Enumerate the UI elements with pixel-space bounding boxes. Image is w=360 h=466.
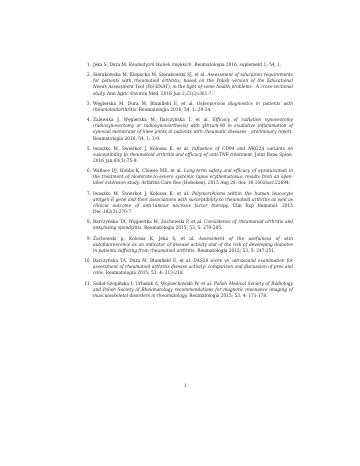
page-number: 1 (184, 384, 187, 389)
reference-list: 1.Jeka S, Dura M. Reumatyzm tkanek miękk… (93, 63, 293, 304)
document-page: 1.Jeka S, Dura M. Reumatyzm tkanek miękk… (0, 0, 360, 466)
reference-item: 9.Żuchowski p, Kolossa K, Jeka S, et al.… (93, 237, 293, 255)
reference-item: 7.Iwaszko M, Świerkot J, Kolossa K, et a… (93, 192, 293, 216)
reference-item: 11.Sudoł-Szopińska I, Urbanik A, Wojciec… (93, 282, 293, 300)
reference-item: 6.Wallace DJ, Hobbs K, Clowse ME, et al.… (93, 169, 293, 187)
reference-item: 5.Iwaszko M, Świerkot J, Kolossa K, et a… (93, 147, 293, 165)
reference-item: 2.Sierakowska M, Klepacka M, Sierakowski… (93, 73, 293, 97)
reference-item: 10.Barczyńska TA, Dura M, Blumfield E, e… (93, 259, 293, 277)
reference-item: 3.Węgierska M, Dura M, Blumfield E, et a… (93, 102, 293, 114)
reference-item: 8.Barczyńska TA, Węgierska M, Żuchowski … (93, 220, 293, 232)
reference-item: 4.Zalewska J, Węgierska M, Barczyńska T,… (93, 118, 293, 142)
reference-item: 1.Jeka S, Dura M. Reumatyzm tkanek miękk… (93, 63, 293, 69)
